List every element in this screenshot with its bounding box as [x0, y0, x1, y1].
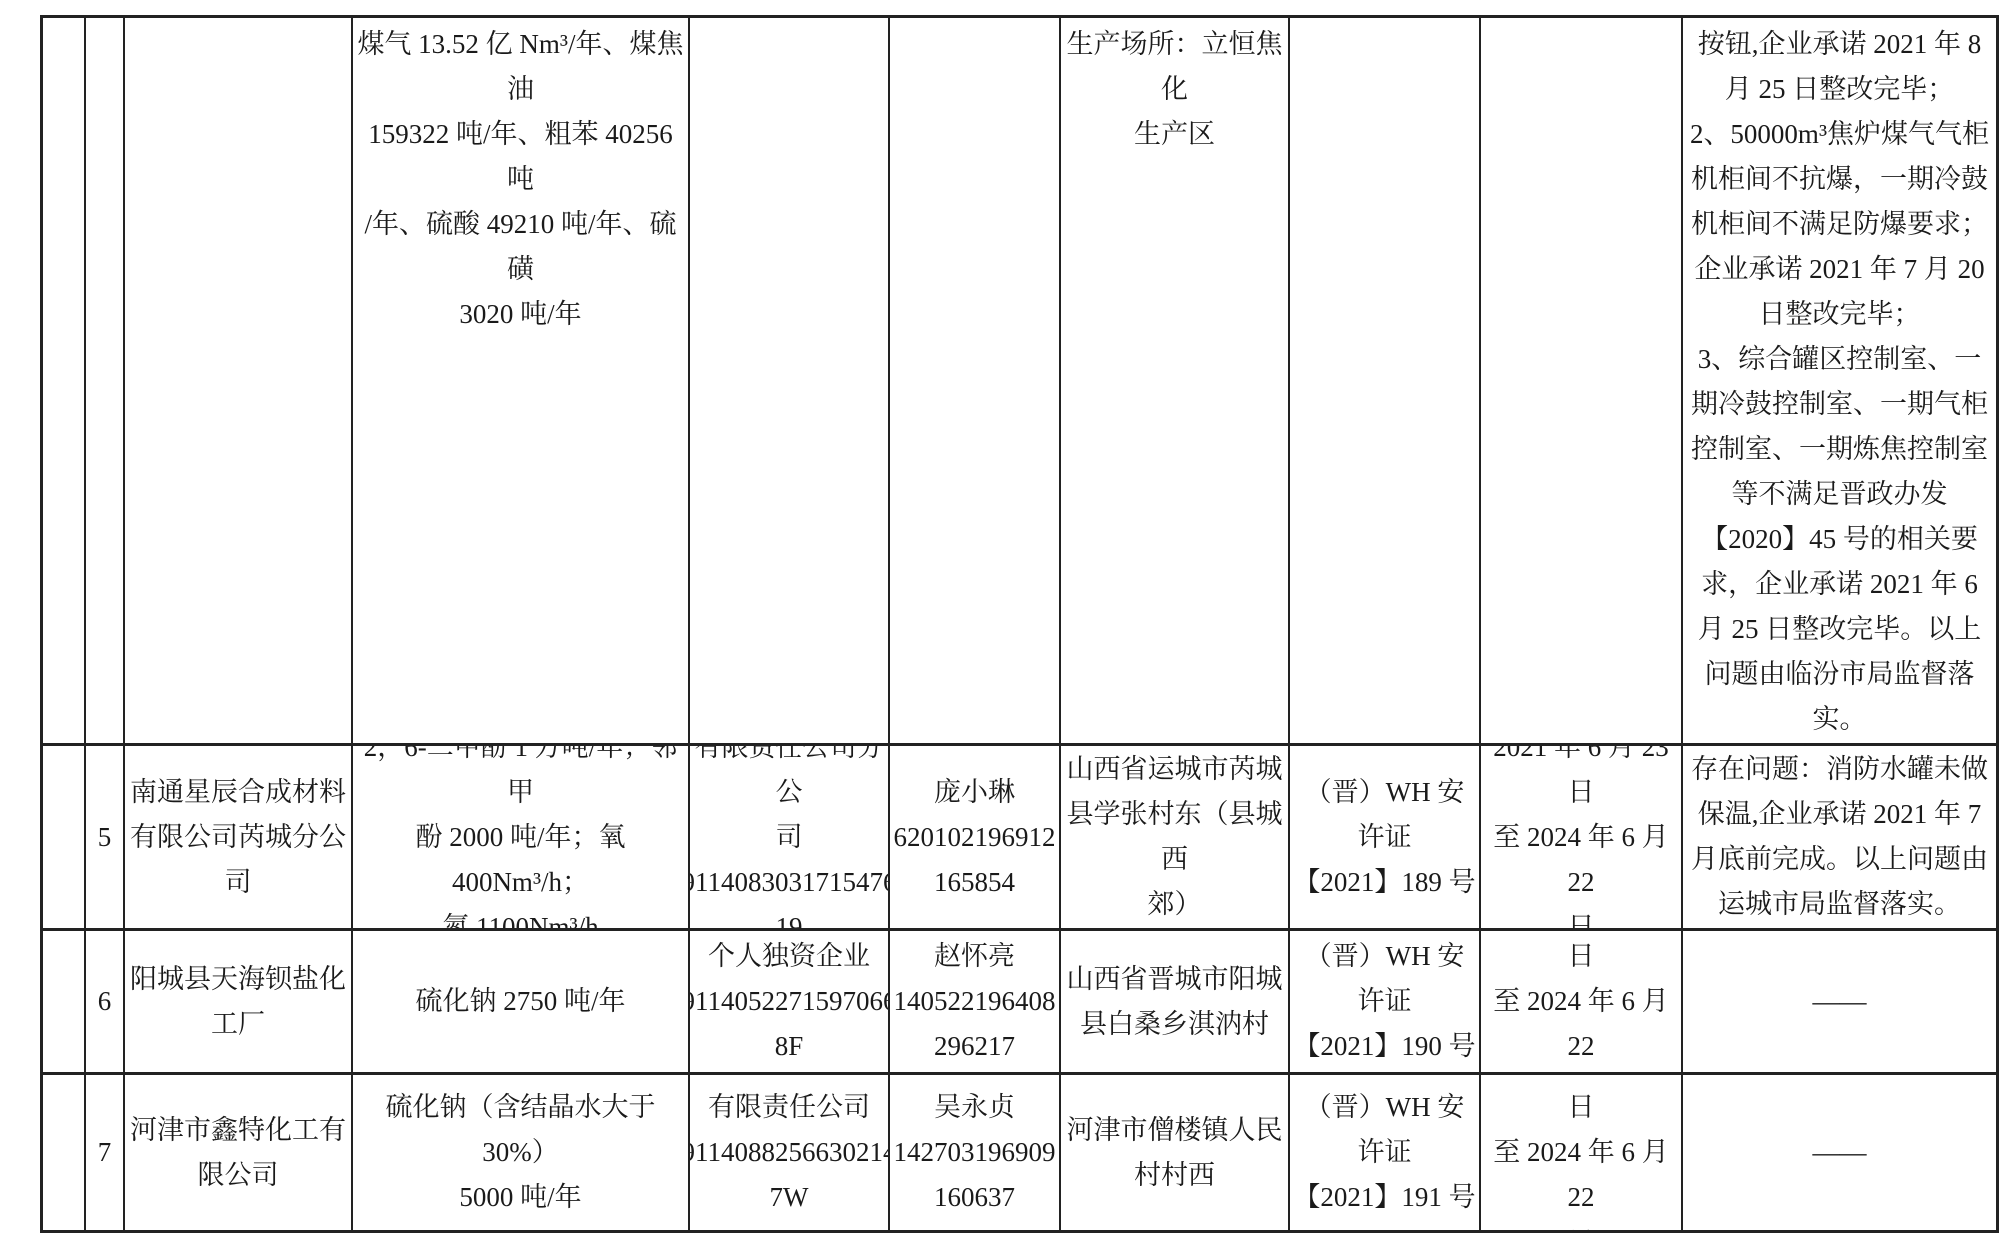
cell-capacity: 硫化钠 2750 吨/年 — [353, 931, 690, 1075]
cell-seq — [86, 18, 125, 746]
cell-economic-type-credit-code: 有限责任公司分公 司 9114083031715476 19 — [690, 746, 890, 931]
cell-license-validity: 2021 年 6 月 23 日 至 2024 年 6 月 22 日 — [1481, 1075, 1683, 1233]
cell-empty-left — [43, 1075, 86, 1233]
cell-capacity: 2，6-二甲酚 1 万吨/年；邻甲 酚 2000 吨/年；氧 400Nm³/h；… — [353, 746, 690, 931]
cell-address: 山西省晋城市阳城 县白桑乡淇汭村 — [1061, 931, 1290, 1075]
cell-address: 河津市僧楼镇人民 村村西 — [1061, 1075, 1290, 1233]
cell-capacity: 煤气 13.52 亿 Nm³/年、煤焦油 159322 吨/年、粗苯 40256… — [353, 18, 690, 746]
cell-capacity: 硫化钠（含结晶水大于 30%） 5000 吨/年 — [353, 1075, 690, 1233]
cell-empty-left — [43, 18, 86, 746]
cell-legal-representative — [890, 18, 1061, 746]
cell-company-name — [125, 18, 353, 746]
cell-economic-type-credit-code: 有限责任公司 9114088256630214 7W — [690, 1075, 890, 1233]
cell-license-number — [1290, 18, 1481, 746]
cell-address: 生产场所：立恒焦化 生产区 — [1061, 18, 1290, 746]
cell-legal-representative: 吴永贞 142703196909 160637 — [890, 1075, 1061, 1233]
document-page: 煤气 13.52 亿 Nm³/年、煤焦油 159322 吨/年、粗苯 40256… — [0, 0, 2003, 1243]
cell-license-number: （晋）WH 安许证 【2021】189 号 — [1290, 746, 1481, 931]
cell-license-validity — [1481, 18, 1683, 746]
cell-company-name: 阳城县天海钡盐化 工厂 — [125, 931, 353, 1075]
cell-seq: 6 — [86, 931, 125, 1075]
cell-empty-left — [43, 746, 86, 931]
license-table: 煤气 13.52 亿 Nm³/年、煤焦油 159322 吨/年、粗苯 40256… — [40, 15, 1999, 1233]
cell-license-validity: 2021 年 6 月 23 日 至 2024 年 6 月 22 日 — [1481, 746, 1683, 931]
cell-address: 山西省运城市芮城 县学张村东（县城西 郊） — [1061, 746, 1290, 931]
cell-remarks: 按钮,企业承诺 2021 年 8 月 25 日整改完毕； 2、50000m³焦炉… — [1683, 18, 1999, 746]
cell-legal-representative: 庞小琳 620102196912 165854 — [890, 746, 1061, 931]
cell-seq: 5 — [86, 746, 125, 931]
cell-company-name: 河津市鑫特化工有 限公司 — [125, 1075, 353, 1233]
cell-remarks: 存在问题：消防水罐未做 保温,企业承诺 2021 年 7 月底前完成。以上问题由… — [1683, 746, 1999, 931]
cell-license-number: （晋）WH 安许证 【2021】191 号 — [1290, 1075, 1481, 1233]
cell-license-validity: 2021 年 6 月 23 日 至 2024 年 6 月 22 日 — [1481, 931, 1683, 1075]
cell-economic-type-credit-code: 个人独资企业 9114052271597066 8F — [690, 931, 890, 1075]
cell-economic-type-credit-code — [690, 18, 890, 746]
cell-company-name: 南通星辰合成材料 有限公司芮城分公 司 — [125, 746, 353, 931]
cell-remarks: —— — [1683, 1075, 1999, 1233]
cell-legal-representative: 赵怀亮 140522196408 296217 — [890, 931, 1061, 1075]
cell-seq: 7 — [86, 1075, 125, 1233]
cell-remarks: —— — [1683, 931, 1999, 1075]
cell-license-number: （晋）WH 安许证 【2021】190 号 — [1290, 931, 1481, 1075]
cell-empty-left — [43, 931, 86, 1075]
